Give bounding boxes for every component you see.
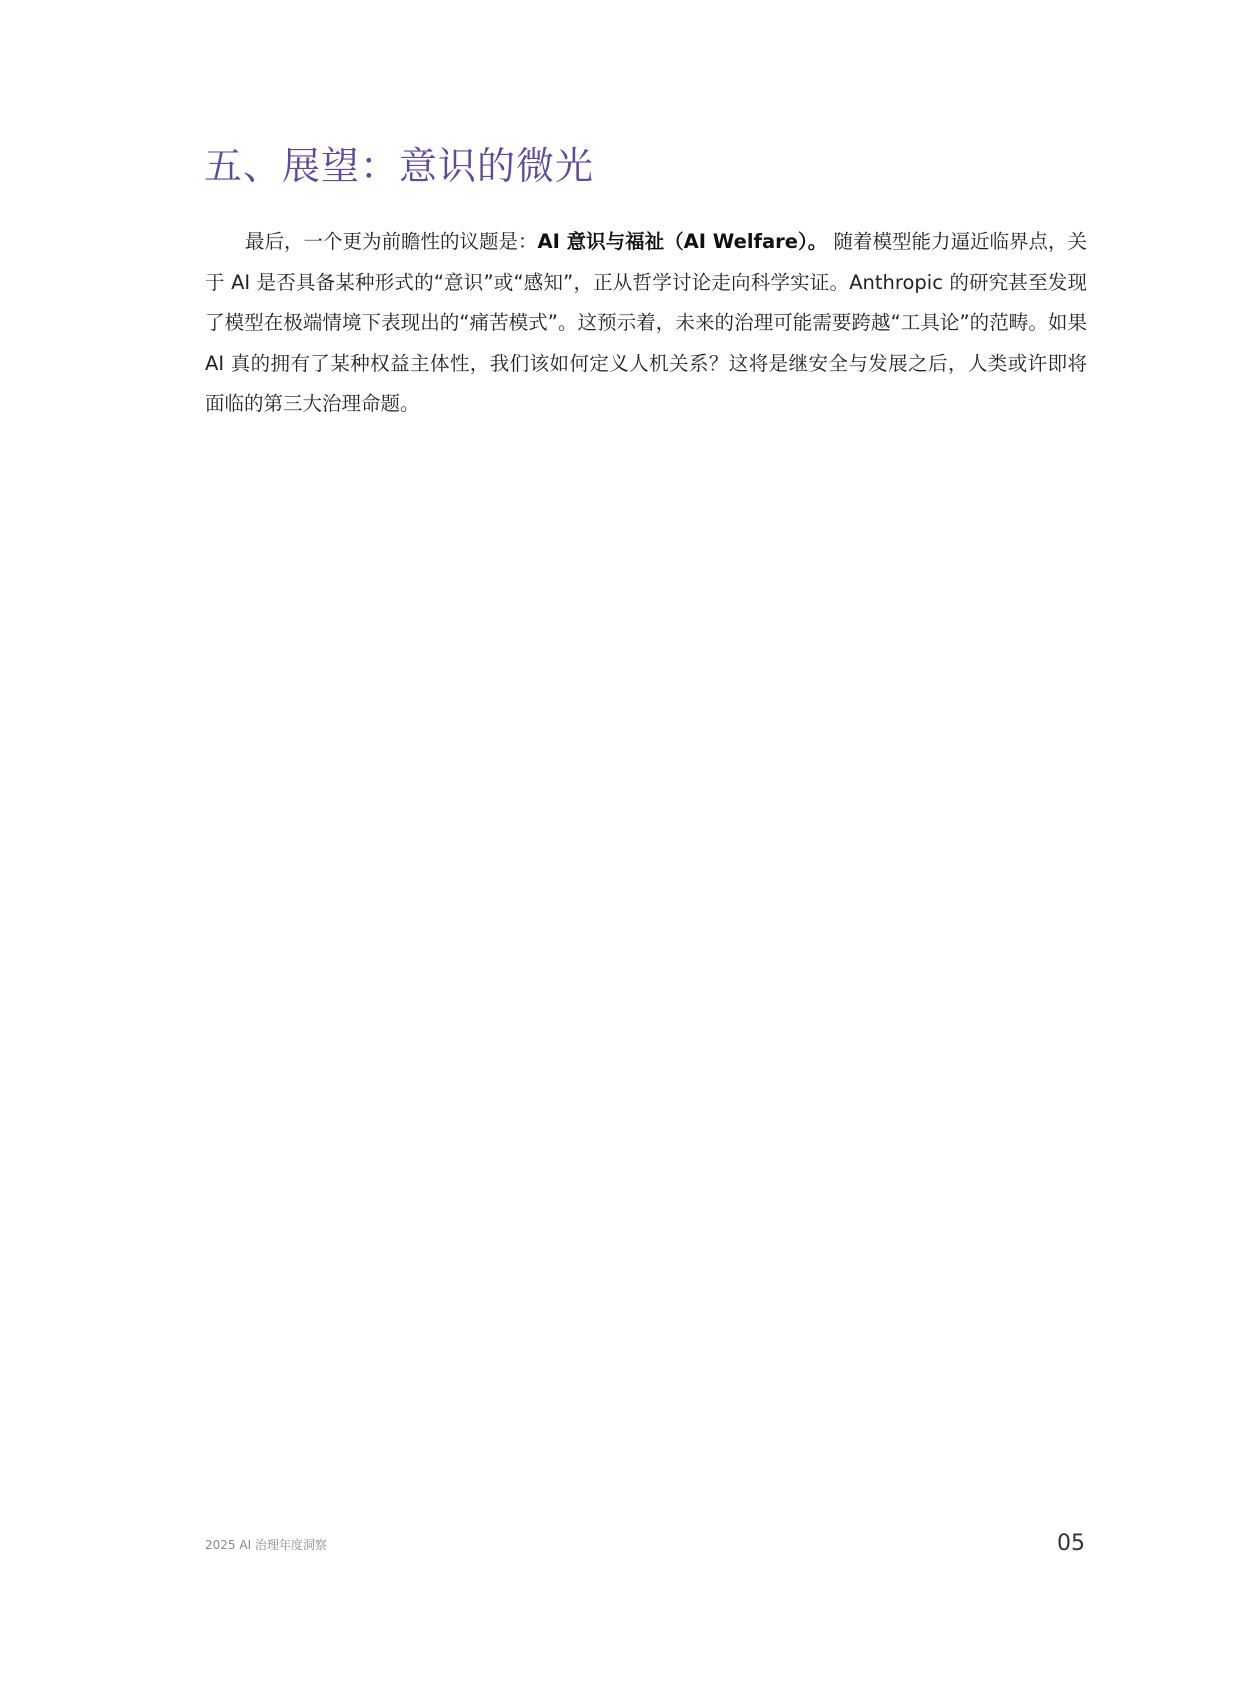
page-number: 05: [1057, 1531, 1085, 1556]
section-title: 五、展望：意识的微光: [204, 142, 594, 190]
paragraph-highlight: AI 意识与福祉（AI Welfare）。: [538, 230, 828, 253]
footer-report-title: 2025 AI 治理年度洞察: [205, 1536, 327, 1553]
body-paragraph: 最后，一个更为前瞻性的议题是：AI 意识与福祉（AI Welfare）。 随着模…: [205, 222, 1087, 425]
paragraph-body: 随着模型能力逼近临界点，关于 AI 是否具备某种形式的“意识”或“感知”，正从哲…: [205, 230, 1087, 415]
paragraph-intro: 最后，一个更为前瞻性的议题是：: [245, 230, 538, 253]
